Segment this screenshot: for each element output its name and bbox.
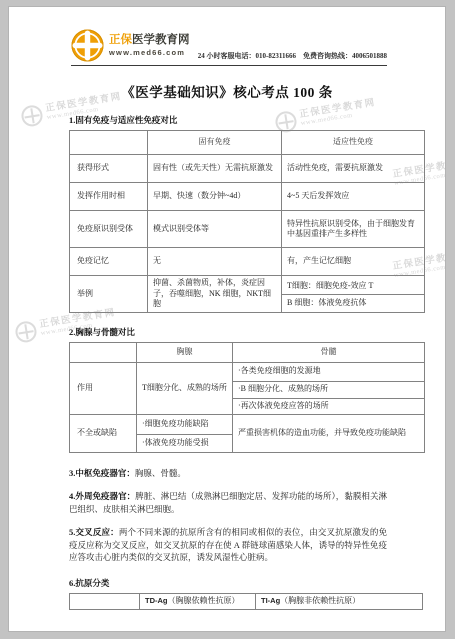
table-header-row: 胸腺 骨髓 — [70, 342, 425, 362]
brand-logo-icon — [71, 29, 104, 62]
row-label: 作用 — [70, 362, 137, 414]
section-5-lead: 5.交叉反应： — [69, 527, 119, 537]
row-label: 免疫原识别受体 — [70, 211, 148, 248]
cell-innate: 无 — [148, 248, 282, 276]
table-row: TD-Ag（胸腺依赖性抗原） TI-Ag（胸腺非依赖性抗原） — [70, 593, 423, 609]
antigen-classification-table: TD-Ag（胸腺依赖性抗原） TI-Ag（胸腺非依赖性抗原） — [69, 593, 423, 610]
contact-info: 24 小时客服电话：010-82311666 免费咨询热线：4006501888 — [198, 51, 387, 62]
row-label: 举例 — [70, 276, 148, 313]
brand-name-secondary: 医学教育网 — [132, 34, 190, 46]
brand-name-primary: 正保 — [109, 34, 132, 46]
thymus-defect-item: ·细胞免疫功能缺陷 — [137, 415, 232, 434]
empty-cell — [70, 593, 140, 609]
section-5-paragraph: 5.交叉反应：两个不同来源的抗原所含有的相同或相似的表位，由交叉抗原激发的免疫反… — [69, 526, 387, 564]
thymus-defect-item: ·体液免疫功能受损 — [137, 434, 232, 452]
brand: 正保医学教育网 www.med66.com — [71, 29, 190, 62]
cell-marrow-defect: 严重损害机体的造血功能，并导致免疫功能缺陷 — [233, 414, 425, 452]
innate-vs-adaptive-table: 固有免疫 适应性免疫 获得形式 固有性（或先天性）无需抗原激发 活动性免疫，需要… — [69, 130, 425, 313]
td-ag-desc: （胸腺依赖性抗原） — [168, 596, 240, 605]
cell-adaptive-b: B 细胞：体液免疫抗体 — [282, 294, 424, 310]
row-label: 免疫记忆 — [70, 248, 148, 276]
marrow-function-item: ·各类免疫细胞的发源地 — [233, 363, 424, 381]
table-row: 发挥作用时相 早期、快速（数分钟~4d） 4~5 天后发挥效应 — [70, 183, 425, 211]
column-header-innate: 固有免疫 — [148, 131, 282, 155]
scanned-document-canvas: { "colors": { "brand_orange": "#EF9F06",… — [0, 0, 455, 639]
column-header-marrow: 骨髓 — [233, 342, 425, 362]
table-row: 举例 抑菌、杀菌物质，补体，炎症因子，吞噬细胞，NK 细胞，NKT细胞 T细胞：… — [70, 276, 425, 313]
cell-innate: 模式识别受体等 — [148, 211, 282, 248]
section-4-paragraph: 4.外周免疫器官：脾脏、淋巴结（成熟淋巴细胞定居、发挥功能的场所），黏膜相关淋巴… — [69, 490, 387, 515]
table-row: 作用 T细胞分化、成熟的场所 ·各类免疫细胞的发源地 ·B 细胞分化、成熟的场所… — [70, 362, 425, 414]
document-page: 正保医学教育网 www.med66.com 正保医学教育网 www.med66.… — [8, 6, 446, 632]
cell-innate: 早期、快速（数分钟~4d） — [148, 183, 282, 211]
cell-ti-ag: TI-Ag（胸腺非依赖性抗原） — [256, 593, 423, 609]
cell-td-ag: TD-Ag（胸腺依赖性抗原） — [140, 593, 256, 609]
cell-adaptive-split: T细胞：细胞免疫-效应 T B 细胞：体液免疫抗体 — [282, 276, 425, 313]
page-header: 正保医学教育网 www.med66.com 24 小时客服电话：010-8231… — [71, 29, 387, 66]
cell-marrow-functions: ·各类免疫细胞的发源地 ·B 细胞分化、成熟的场所 ·再次体液免疫应答的场所 — [233, 362, 425, 414]
section-2-heading: 2.胸腺与骨髓对比 — [69, 326, 387, 338]
cell-adaptive: 有，产生记忆细胞 — [282, 248, 425, 276]
column-header-thymus: 胸腺 — [137, 342, 233, 362]
section-4-lead: 4.外周免疫器官： — [69, 491, 135, 501]
cell-thymus-defects: ·细胞免疫功能缺陷 ·体液免疫功能受损 — [137, 414, 233, 452]
cell-adaptive: 特异性抗原识别受体，由于细胞发育中基因重排产生多样性 — [282, 211, 425, 248]
cell-innate: 固有性（或先天性）无需抗原激发 — [148, 155, 282, 183]
cell-adaptive-t: T细胞：细胞免疫-效应 T — [282, 277, 424, 294]
ti-ag-code: TI-Ag — [261, 596, 280, 605]
table-row: 免疫记忆 无 有，产生记忆细胞 — [70, 248, 425, 276]
brand-name: 正保医学教育网 — [109, 34, 190, 47]
table-row: 不全或缺陷 ·细胞免疫功能缺陷 ·体液免疫功能受损 严重损害机体的造血功能，并导… — [70, 414, 425, 452]
cell-thymus-function: T细胞分化、成熟的场所 — [137, 362, 233, 414]
brand-site-url: www.med66.com — [109, 49, 190, 57]
row-label: 不全或缺陷 — [70, 414, 137, 452]
column-header-adaptive: 适应性免疫 — [282, 131, 425, 155]
empty-header-cell — [70, 131, 148, 155]
empty-header-cell — [70, 342, 137, 362]
row-label: 发挥作用时相 — [70, 183, 148, 211]
section-3-paragraph: 3.中枢免疫器官：胸腺、骨髓。 — [69, 467, 387, 480]
section-1-heading: 1.固有免疫与适应性免疫对比 — [69, 114, 387, 126]
cell-adaptive: 活动性免疫，需要抗原激发 — [282, 155, 425, 183]
cell-adaptive: 4~5 天后发挥效应 — [282, 183, 425, 211]
marrow-function-item: ·B 细胞分化、成熟的场所 — [233, 381, 424, 398]
td-ag-code: TD-Ag — [145, 596, 168, 605]
document-title: 《医学基础知识》核心考点 100 条 — [9, 81, 445, 101]
marrow-function-item: ·再次体液免疫应答的场所 — [233, 398, 424, 414]
watermark-logo-icon — [20, 104, 44, 128]
ti-ag-desc: （胸腺非依赖性抗原） — [280, 596, 360, 605]
row-label: 获得形式 — [70, 155, 148, 183]
section-3-lead: 3.中枢免疫器官： — [69, 468, 135, 478]
cell-innate: 抑菌、杀菌物质，补体，炎症因子，吞噬细胞，NK 细胞，NKT细胞 — [148, 276, 282, 313]
section-6-heading: 6.抗原分类 — [69, 577, 387, 589]
thymus-vs-marrow-table: 胸腺 骨髓 作用 T细胞分化、成熟的场所 ·各类免疫细胞的发源地 ·B 细胞分化… — [69, 342, 425, 453]
table-row: 免疫原识别受体 模式识别受体等 特异性抗原识别受体，由于细胞发育中基因重排产生多… — [70, 211, 425, 248]
watermark-logo-icon — [14, 320, 38, 344]
table-row: 获得形式 固有性（或先天性）无需抗原激发 活动性免疫，需要抗原激发 — [70, 155, 425, 183]
table-header-row: 固有免疫 适应性免疫 — [70, 131, 425, 155]
section-3-body: 胸腺、骨髓。 — [135, 468, 186, 478]
